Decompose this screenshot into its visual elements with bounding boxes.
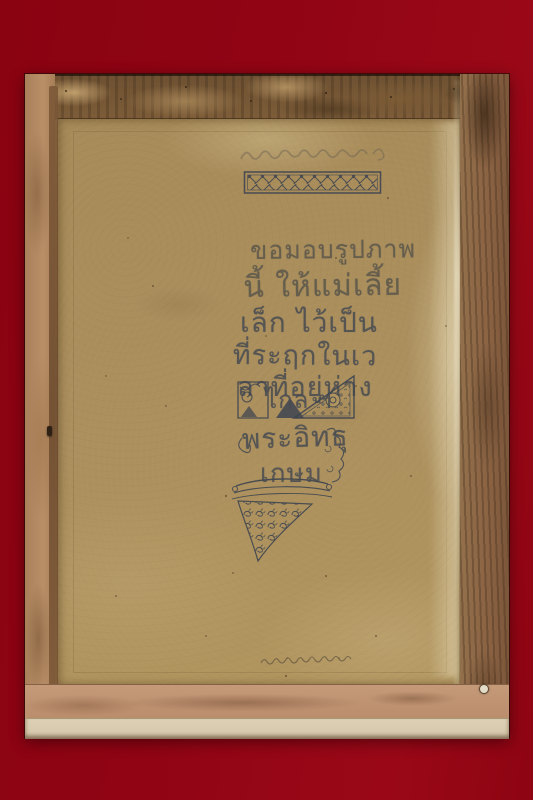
picture-frame-back: ขอมอบรูปภาพ นี้ ให้แม่เลี้ย เล็ก ไว้เป็น… xyxy=(25,74,509,738)
frame-top-border xyxy=(25,74,509,119)
lattice-band-ornament xyxy=(243,169,383,196)
frame-right-wood-strip xyxy=(460,74,509,738)
frame-bottom-pale-strip xyxy=(25,718,509,739)
white-pin xyxy=(479,684,489,694)
pale-stain-streak xyxy=(429,121,457,677)
faint-bottom-note xyxy=(257,654,375,670)
inscription-line-6: ไกล ฯ xyxy=(265,380,332,419)
frame-bottom-border xyxy=(25,684,509,719)
signature-line-2: เกษม xyxy=(260,453,323,494)
nail-tack xyxy=(47,426,52,436)
frame-left-inner-strip xyxy=(49,86,58,726)
photo-of-framed-picture-back: ขอมอบรูปภาพ นี้ ให้แม่เลี้ย เล็ก ไว้เป็น… xyxy=(0,0,533,800)
cardboard-backing: ขอมอบรูปภาพ นี้ ให้แม่เลี้ย เล็ก ไว้เป็น… xyxy=(57,117,460,685)
faint-pencil-scribble xyxy=(235,141,400,169)
